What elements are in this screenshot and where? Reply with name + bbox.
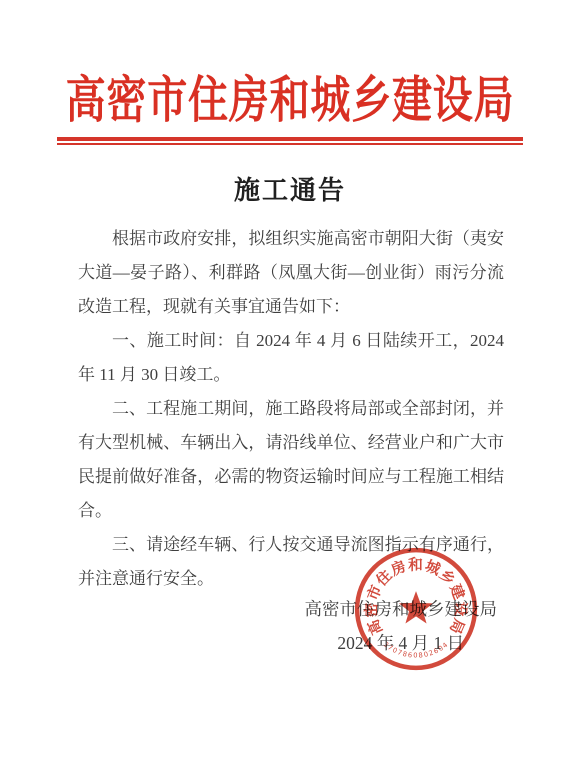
notice-paragraph: 三、请途经车辆、行人按交通导流图指示有序通行，并注意通行安全。 — [78, 528, 504, 596]
document-page: 高密市住房和城乡建设局 施工通告 根据市政府安排，拟组织实施高密市朝阳大街（夷安… — [0, 0, 580, 777]
notice-paragraph: 一、施工时间：自 2024 年 4 月 6 日陆续开工，2024 年 11 月 … — [78, 324, 504, 392]
agency-letterhead: 高密市住房和城乡建设局 — [58, 60, 522, 132]
notice-body: 根据市政府安排，拟组织实施高密市朝阳大街（夷安大道—晏子路）、利群路（凤凰大街—… — [78, 222, 504, 596]
signature-date: 2024 年 4 月 1 日 — [305, 626, 498, 660]
notice-title: 施工通告 — [0, 170, 580, 207]
letterhead-divider — [57, 137, 523, 145]
signature-agency: 高密市住房和城乡建设局 — [305, 592, 498, 626]
notice-paragraph: 根据市政府安排，拟组织实施高密市朝阳大街（夷安大道—晏子路）、利群路（凤凰大街—… — [78, 222, 504, 324]
signature-block: 高密市住房和城乡建设局 2024 年 4 月 1 日 — [305, 592, 498, 660]
notice-paragraph: 二、工程施工期间，施工路段将局部或全部封闭，并有大型机械、车辆出入，请沿线单位、… — [78, 392, 504, 528]
